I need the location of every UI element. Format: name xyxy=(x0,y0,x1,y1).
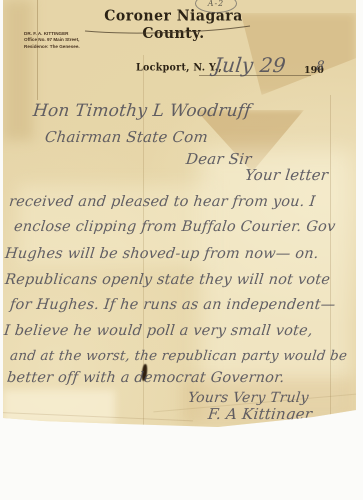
body-line: better off with a democrat Governor. xyxy=(6,370,285,386)
recipient-name: Hon Timothy L Woodruff xyxy=(32,101,252,121)
stain-bottom-left xyxy=(3,390,115,424)
body-line: for Hughes. If he runs as an independent… xyxy=(9,297,336,313)
crease-line xyxy=(330,95,331,425)
body-line: I believe he would poll a very small vot… xyxy=(3,323,313,339)
letter-paper: A-2 Coroner Niagara County. DR. F. A. KI… xyxy=(3,0,356,430)
body-line: received and pleased to hear from you. I xyxy=(8,194,316,210)
salutation: Dear Sir xyxy=(185,150,253,168)
handwritten-year-digit: 8 xyxy=(315,59,325,74)
scan-background: A-2 Coroner Niagara County. DR. F. A. KI… xyxy=(0,0,363,500)
closing: Yours Very Truly xyxy=(187,390,309,406)
dateline-place: Lockport, N. Y., xyxy=(136,61,222,73)
body-line: Hughes will be shoved-up from now— on. xyxy=(4,246,319,262)
recipient-title: Chairman State Com xyxy=(44,128,209,146)
body-line: Republicans openly state they will not v… xyxy=(4,272,331,288)
stain-left-edge xyxy=(3,0,33,140)
body-line: and at the worst, the republican party w… xyxy=(9,348,348,364)
body-line: enclose clipping from Buffalo Courier. G… xyxy=(13,219,336,235)
signature: F. A Kittinger xyxy=(207,405,313,423)
sender-address-block: DR. F. A. KITTINGER Office No. 97 Main S… xyxy=(24,31,109,50)
handwritten-date: July 29 xyxy=(213,53,287,77)
crease-line xyxy=(0,412,193,422)
sender-residence: Residence: The Genesee. xyxy=(24,44,109,50)
body-line: Your letter xyxy=(244,166,329,184)
